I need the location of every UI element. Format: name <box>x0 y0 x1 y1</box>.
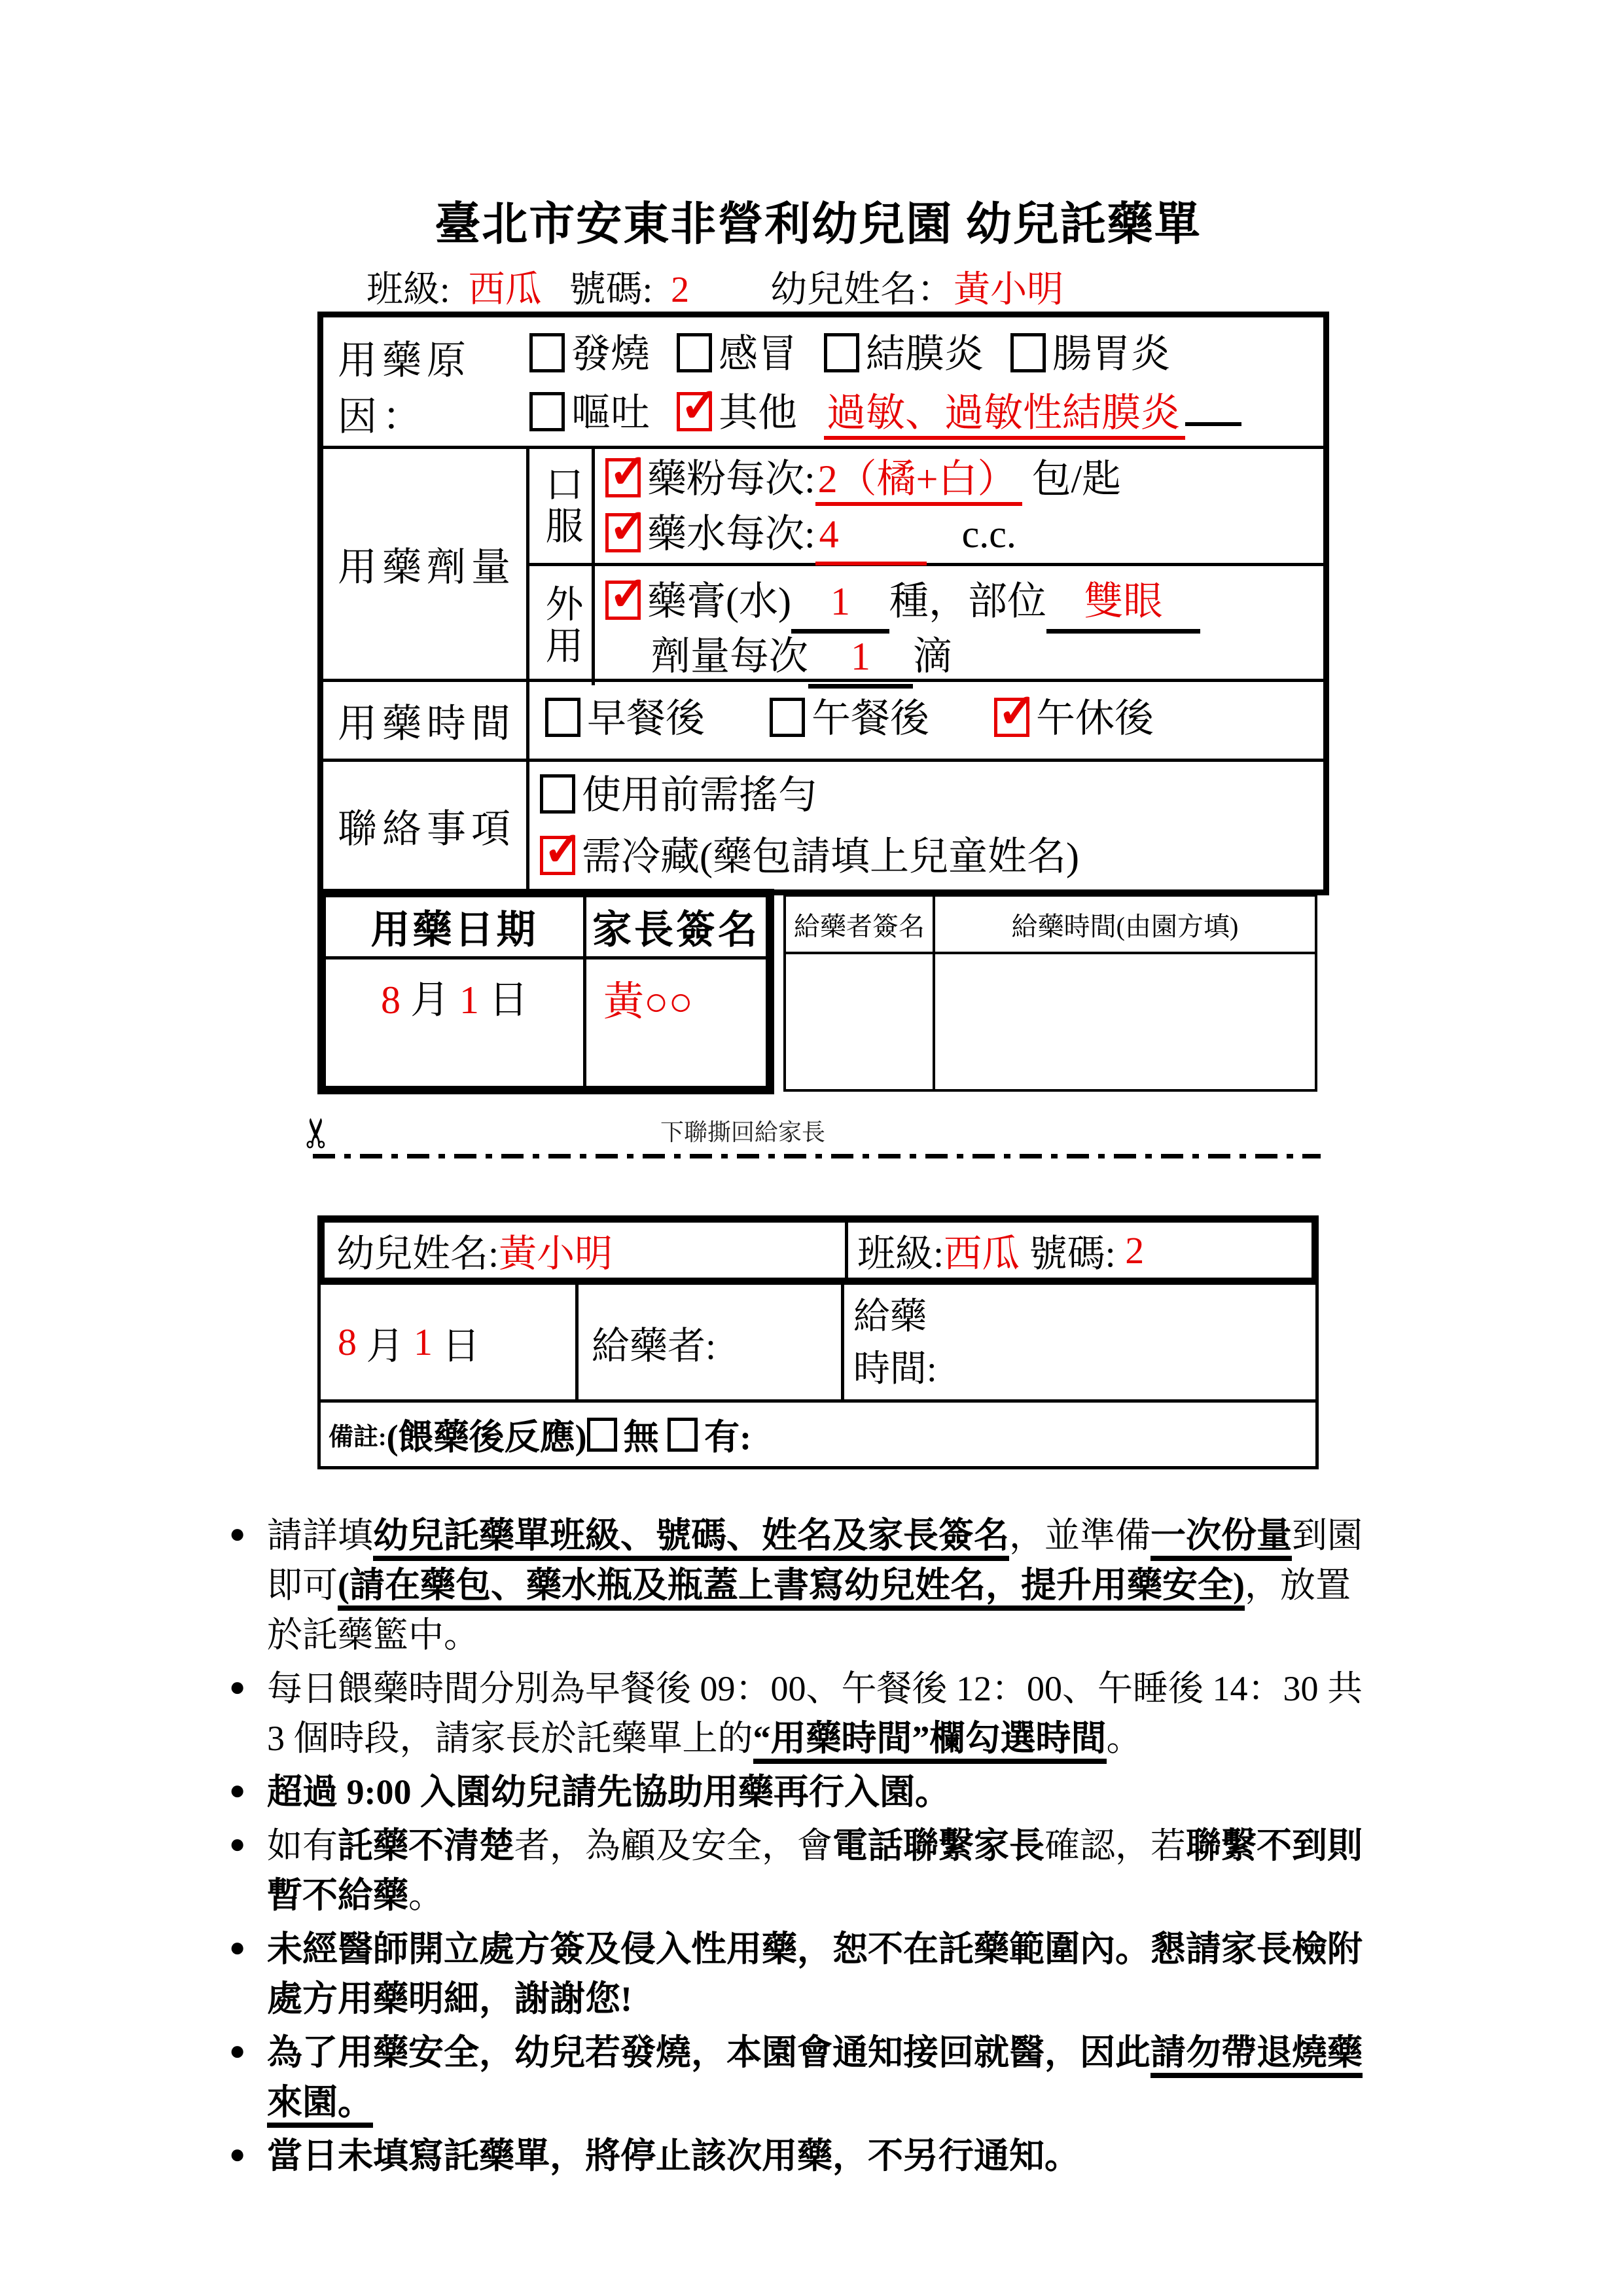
contact-row: 聯絡事項 使用前需搖勻 ✓需冷藏(藥包請填上兒童姓名) <box>323 759 1323 889</box>
reason-vomit-label: 嘔吐 <box>571 391 650 435</box>
remark-none-checkbox[interactable] <box>587 1418 617 1452</box>
cut-dash-line <box>313 1154 1321 1158</box>
powder-checkbox[interactable]: ✓ <box>605 458 641 497</box>
stub-table: 幼兒姓名: 黃小明 班級:西瓜 號碼: 2 8 月 1 日 給藥者: 給藥 時間… <box>317 1215 1319 1469</box>
list-item: ● 超過 9:00 入園幼兒請先協助用藥再行入園。 <box>229 1767 1400 1817</box>
stub-number-value[interactable]: 2 <box>1125 1229 1144 1272</box>
reason-fever-checkbox[interactable] <box>529 333 565 372</box>
notes-list: ● 請詳填幼兒託藥單班級、號碼、姓名及家長簽名，並準備一次份量到園即可(請在藥包… <box>229 1511 1400 2185</box>
list-item: ● 如有託藥不清楚者，為顧及安全，會電話聯繫家長確認，若聯繫不到則暫不給藥。 <box>229 1821 1400 1920</box>
stub-give-time[interactable]: 給藥 時間: <box>844 1285 1315 1399</box>
list-item: ● 未經醫師開立處方簽及侵入性用藥，恕不在託藥範圍內。懇請家長檢附處方用藥明細，… <box>229 1924 1400 2024</box>
drops-value[interactable]: 1 <box>808 630 913 689</box>
reason-cold-label: 感冒 <box>719 332 797 376</box>
ointment-label: 藥膏(水) <box>647 580 791 623</box>
external-subrow: 外用 ✓藥膏(水)1種，部位雙眼 劑量每次1滴 <box>529 566 1323 685</box>
list-item: ● 為了用藥安全，幼兒若發燒，本園會通知接回就醫，因此請勿帶退燒藥來園。 <box>229 2028 1400 2127</box>
reason-conjunctivitis-label: 結膜炎 <box>866 332 984 376</box>
reason-fever-label: 發燒 <box>571 332 650 376</box>
list-item: ● 請詳填幼兒託藥單班級、號碼、姓名及家長簽名，並準備一次份量到園即可(請在藥包… <box>229 1511 1400 1660</box>
staff-signature-table: 給藥者簽名 給藥時間(由園方填) <box>783 894 1317 1092</box>
number-label: 號碼: <box>569 270 653 310</box>
liquid-unit: c.c. <box>962 512 1016 556</box>
give-time-cell[interactable] <box>935 954 1315 1089</box>
number-value[interactable]: 2 <box>671 270 689 310</box>
oral-subrow: 口服 ✓藥粉每次:2（橘+白） 包/匙 ✓藥水每次:4c.c. <box>529 449 1323 566</box>
reason-row: 用藥原因： 發燒 感冒 結膜炎 腸胃炎 嘔吐 ✓其他 過敏、過敏性結膜炎 <box>323 317 1323 446</box>
ointment-part[interactable]: 雙眼 <box>1046 575 1200 634</box>
reason-vomit-checkbox[interactable] <box>529 392 565 431</box>
refrigerate-checkbox[interactable]: ✓ <box>540 836 575 875</box>
time-breakfast-label: 早餐後 <box>587 697 705 740</box>
shake-checkbox[interactable] <box>540 774 575 814</box>
blank-line <box>1185 422 1241 426</box>
liquid-value[interactable]: 4 <box>815 508 927 565</box>
list-item: ● 每日餵藥時間分別為早餐後 09：00、午餐後 12：00、午睡後 14：30… <box>229 1664 1400 1763</box>
bullet-icon: ● <box>229 1664 267 1763</box>
time-label: 用藥時間 <box>323 682 529 759</box>
ointment-checkbox[interactable]: ✓ <box>605 581 641 620</box>
date-header: 用藥日期 <box>326 897 586 956</box>
refrigerate-label: 需冷藏(藥包請填上兒童姓名) <box>582 835 1079 878</box>
remark-label: 備註: <box>329 1416 387 1452</box>
shake-label: 使用前需搖勻 <box>582 774 817 817</box>
bullet-icon: ● <box>229 1924 267 2024</box>
check-icon: ✓ <box>609 448 648 495</box>
time-lunch-checkbox[interactable] <box>770 698 805 737</box>
drops-unit: 滴 <box>913 635 952 678</box>
reason-gastro-checkbox[interactable] <box>1010 333 1046 372</box>
reason-conjunctivitis-checkbox[interactable] <box>824 333 859 372</box>
ointment-count[interactable]: 1 <box>791 575 889 634</box>
child-info-line: 班級:西瓜 號碼:2 幼兒姓名：黃小明 <box>366 260 1063 313</box>
reason-label: 用藥原因： <box>323 317 529 446</box>
stub-name-value[interactable]: 黃小明 <box>499 1223 613 1278</box>
list-item: ● 當日未填寫託藥單，將停止該次用藥，不另行通知。 <box>229 2131 1400 2181</box>
stub-remark-row: 備註:(餵藥後反應)無 有: <box>317 1403 1319 1469</box>
time-nap-label: 午休後 <box>1036 697 1154 740</box>
stub-number-label: 號碼: <box>1020 1223 1125 1278</box>
bullet-icon: ● <box>229 2028 267 2127</box>
bullet-icon: ● <box>229 1821 267 1920</box>
check-icon: ✓ <box>609 503 648 550</box>
class-label: 班級: <box>366 270 450 310</box>
cut-note: 下聯撕回給家長 <box>317 1114 1168 1147</box>
stub-header-row: 幼兒姓名: 黃小明 班級:西瓜 號碼: 2 <box>317 1215 1319 1285</box>
bullet-icon: ● <box>229 2131 267 2181</box>
remark-has-checkbox[interactable] <box>668 1418 698 1452</box>
stub-data-row: 8 月 1 日 給藥者: 給藥 時間: <box>317 1285 1319 1403</box>
liquid-checkbox[interactable]: ✓ <box>605 513 641 552</box>
ointment-mid: 種，部位 <box>889 580 1046 623</box>
page-title: 臺北市安東非營利幼兒園 幼兒託藥單 <box>275 187 1361 253</box>
giver-sign-cell[interactable] <box>786 954 935 1089</box>
check-icon: ✓ <box>609 571 648 618</box>
stub-name-label: 幼兒姓名: <box>336 1223 499 1278</box>
dosage-row: 用藥劑量 口服 ✓藥粉每次:2（橘+白） 包/匙 ✓藥水每次:4c.c. 外用 <box>323 446 1323 679</box>
external-label: 外用 <box>529 566 595 685</box>
check-icon: ✓ <box>680 382 719 429</box>
time-breakfast-checkbox[interactable] <box>545 698 580 737</box>
medication-table: 用藥原因： 發燒 感冒 結膜炎 腸胃炎 嘔吐 ✓其他 過敏、過敏性結膜炎 用藥劑… <box>317 312 1329 895</box>
remark-paren: (餵藥後反應) <box>387 1409 587 1460</box>
reason-other-value[interactable]: 過敏、過敏性結膜炎 <box>824 391 1185 440</box>
reason-gastro-label: 腸胃炎 <box>1052 332 1170 376</box>
class-value[interactable]: 西瓜 <box>469 270 542 310</box>
bullet-icon: ● <box>229 1767 267 1817</box>
date-value[interactable]: 8 月 1 日 <box>326 960 586 1086</box>
reason-cold-checkbox[interactable] <box>677 333 712 372</box>
reason-options: 發燒 感冒 結膜炎 腸胃炎 嘔吐 ✓其他 過敏、過敏性結膜炎 <box>529 317 1241 446</box>
medication-form-page: 臺北市安東非營利幼兒園 幼兒託藥單 班級:西瓜 號碼:2 幼兒姓名：黃小明 用藥… <box>0 0 1623 2296</box>
powder-value[interactable]: 2（橘+白） <box>815 457 1022 506</box>
remark-none-label: 無 <box>624 1409 668 1460</box>
drops-label: 劑量每次 <box>651 635 808 678</box>
give-time-header: 給藥時間(由園方填) <box>935 897 1315 952</box>
bullet-icon: ● <box>229 1511 267 1660</box>
check-icon: ✓ <box>543 826 582 873</box>
contact-label: 聯絡事項 <box>323 762 529 889</box>
stub-date[interactable]: 8 月 1 日 <box>321 1285 579 1399</box>
time-row: 用藥時間 早餐後 午餐後 ✓午休後 <box>323 679 1323 759</box>
powder-label: 藥粉每次: <box>647 457 815 501</box>
remark-has-label: 有: <box>704 1409 751 1460</box>
time-lunch-label: 午餐後 <box>811 697 929 740</box>
dosage-label: 用藥劑量 <box>323 449 529 679</box>
powder-unit: 包/匙 <box>1032 457 1122 501</box>
stub-class-label: 班級: <box>857 1223 944 1278</box>
name-value[interactable]: 黃小明 <box>954 270 1063 310</box>
time-nap-checkbox[interactable]: ✓ <box>994 698 1029 737</box>
reason-other-checkbox[interactable]: ✓ <box>677 392 712 431</box>
reason-other-label: 其他 <box>719 391 797 435</box>
check-icon: ✓ <box>997 688 1037 735</box>
name-label: 幼兒姓名： <box>770 270 954 310</box>
oral-label: 口服 <box>529 449 595 563</box>
stub-class-value[interactable]: 西瓜 <box>944 1223 1020 1278</box>
stub-giver-label: 給藥者: <box>579 1285 844 1399</box>
giver-sign-header: 給藥者簽名 <box>786 897 935 952</box>
parent-signature[interactable]: 黃○○ <box>586 960 766 1086</box>
liquid-label: 藥水每次: <box>647 512 815 556</box>
parent-signature-table: 用藥日期 家長簽名 8 月 1 日 黃○○ <box>317 889 774 1094</box>
parent-sign-header: 家長簽名 <box>586 897 766 956</box>
